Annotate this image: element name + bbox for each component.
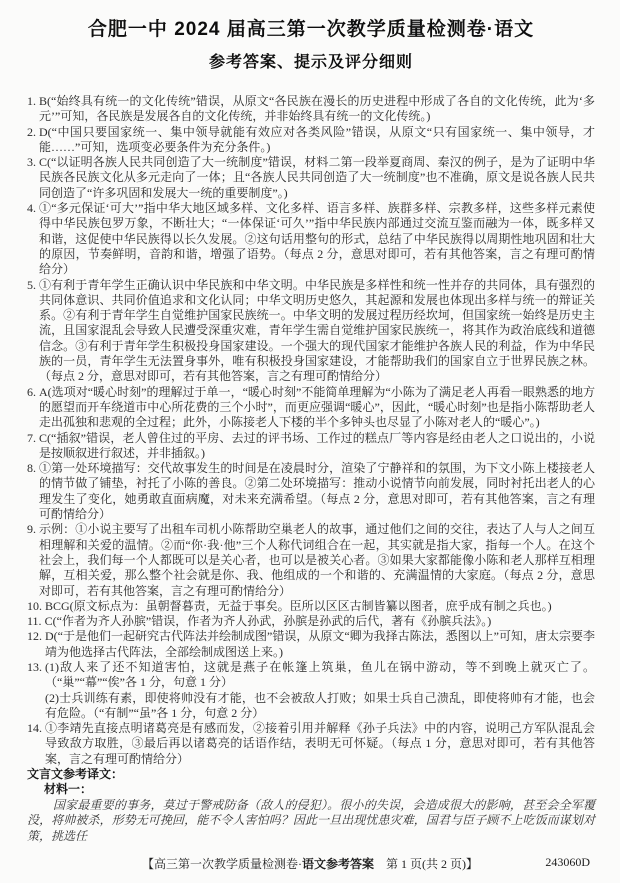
material-one-label: 材料一： [44,782,595,797]
answer-text: (1)敌人来了还不知道害怕，这就是燕子在帐篷上筑巢，鱼儿在锅中游动，等不到晚上就… [45,660,595,721]
answer-text: B(“始终具有统一的文化传统”错误，从原文“各民族在漫长的历史进程中形成了各自的… [39,94,595,125]
answer-item: 9.示例：①小说主要写了出租车司机小陈帮助空巢老人的故事，通过他们之间的交往，表… [27,522,595,598]
translation-heading: 文言文参考译文： [27,767,595,782]
answer-number: 11. [27,614,45,629]
answer-item: 6.A(选项对“暖心时刻”的理解过于单一，“暖心时刻”不能简单理解为“小陈为了满… [27,385,595,431]
answer-list: 1.B(“始终具有统一的文化传统”错误，从原文“各民族在漫长的历史进程中形成了各… [27,94,595,767]
answer-number: 12. [27,629,45,660]
answer-text: BCG(原文标点为：虽朝督暮责，无益于事矣。臣所以区区古制皆纂以图者，庶乎成有制… [45,599,595,614]
answer-text: C(“以证明各族人民共同创造了大一统制度”错误，材料二第一段举夏商周、秦汉的例子… [39,155,595,201]
answer-number: 14. [27,721,45,767]
answer-number: 9. [27,522,39,598]
answer-item: 12.D(“于是他们一起研究古代阵法并绘制成图”错误，从原文“卿为我择古陈法，悉… [27,629,595,660]
answer-number: 5. [27,278,39,385]
answer-text: 示例：①小说主要写了出租车司机小陈帮助空巢老人的故事，通过他们之间的交往，表达了… [39,522,595,598]
answer-item: 5.①有利于青年学生正确认识中华民族和中华文明。中华民族是多样性和统一性并存的共… [27,278,595,385]
footer-paper-code: 243060D [545,855,590,870]
answer-text: ①李靖先直接点明诸葛亮是有感而发，②接着引用并解释《孙子兵法》中的内容，说明己方… [45,721,595,767]
answer-sheet-page: 合肥一中 2024 届高三第一次教学质量检测卷·语文 参考答案、提示及评分细则 … [0,0,620,883]
footer-page-number: 第 1 页(共 2 页)】 [374,857,478,871]
answer-item: 1.B(“始终具有统一的文化传统”错误，从原文“各民族在漫长的历史进程中形成了各… [27,94,595,125]
translation-paragraph: 国家最重要的事务，莫过于警戒防备（敌人的侵犯）。很小的失误，会造成很大的影响，甚… [27,798,595,845]
answer-text: ①第一处环境描写：交代故事发生的时间是在凌晨时分，渲染了宁静祥和的氛围，为下文小… [39,461,595,522]
answer-text: A(选项对“暖心时刻”的理解过于单一，“暖心时刻”不能简单理解为“小陈为了满足老… [39,385,595,431]
answer-text: D(“中国只要国家统一、集中领导就能有效应对各类风险”错误，从原文“只有国家统一… [39,125,595,156]
footer-title-pre: 【高三第一次教学质量检测卷· [142,857,302,871]
footer-title-bold: 语文参考答案 [302,857,374,871]
answer-item: 2.D(“中国只要国家统一、集中领导就能有效应对各类风险”错误，从原文“只有国家… [27,125,595,156]
page-footer: 【高三第一次教学质量检测卷·语文参考答案 第 1 页(共 2 页)】 24306… [0,855,620,871]
answer-number: 8. [27,461,39,522]
answer-text: ①有利于青年学生正确认识中华民族和中华文明。中华民族是多样性和统一性并存的共同体… [39,278,595,385]
answer-number: 3. [27,155,39,201]
answer-number: 7. [27,431,39,462]
answer-number: 6. [27,385,39,431]
answer-item: 7.C(“插叙”错误，老人曾住过的平房、去过的评书场、工作过的糕点厂等内容是经由… [27,431,595,462]
answer-text: C(“插叙”错误，老人曾住过的平房、去过的评书场、工作过的糕点厂等内容是经由老人… [39,431,595,462]
answer-item: 11.C(“作者为齐人孙膑”错误，作者为齐人孙武，孙膑是孙武的后代，著有《孙膑兵… [27,614,595,629]
answer-text: C(“作者为齐人孙膑”错误，作者为齐人孙武，孙膑是孙武的后代，著有《孙膑兵法》。… [45,614,595,629]
answer-item: 8.①第一处环境描写：交代故事发生的时间是在凌晨时分，渲染了宁静祥和的氛围，为下… [27,461,595,522]
page-title: 合肥一中 2024 届高三第一次教学质量检测卷·语文 [27,14,595,41]
answer-number: 1. [27,94,39,125]
page-subtitle: 参考答案、提示及评分细则 [27,49,595,72]
answer-number: 2. [27,125,39,156]
answer-text: ①“多元保证‘可大’”指中华大地区域多样、文化多样、语言多样、族群多样、宗教多样… [39,201,595,277]
answer-item: 3.C(“以证明各族人民共同创造了大一统制度”错误，材料二第一段举夏商周、秦汉的… [27,155,595,201]
answer-item: 13.(1)敌人来了还不知道害怕，这就是燕子在帐篷上筑巢，鱼儿在锅中游动，等不到… [27,660,595,721]
answer-item: 4.①“多元保证‘可大’”指中华大地区域多样、文化多样、语言多样、族群多样、宗教… [27,201,595,277]
answer-number: 10. [27,599,45,614]
answer-number: 13. [27,660,45,721]
answer-item: 14.①李靖先直接点明诸葛亮是有感而发，②接着引用并解释《孙子兵法》中的内容，说… [27,721,595,767]
answer-item: 10.BCG(原文标点为：虽朝督暮责，无益于事矣。臣所以区区古制皆纂以图者，庶乎… [27,599,595,614]
answer-text: D(“于是他们一起研究古代阵法并绘制成图”错误，从原文“卿为我择古陈法，悉图以上… [45,629,595,660]
answer-number: 4. [27,201,39,277]
